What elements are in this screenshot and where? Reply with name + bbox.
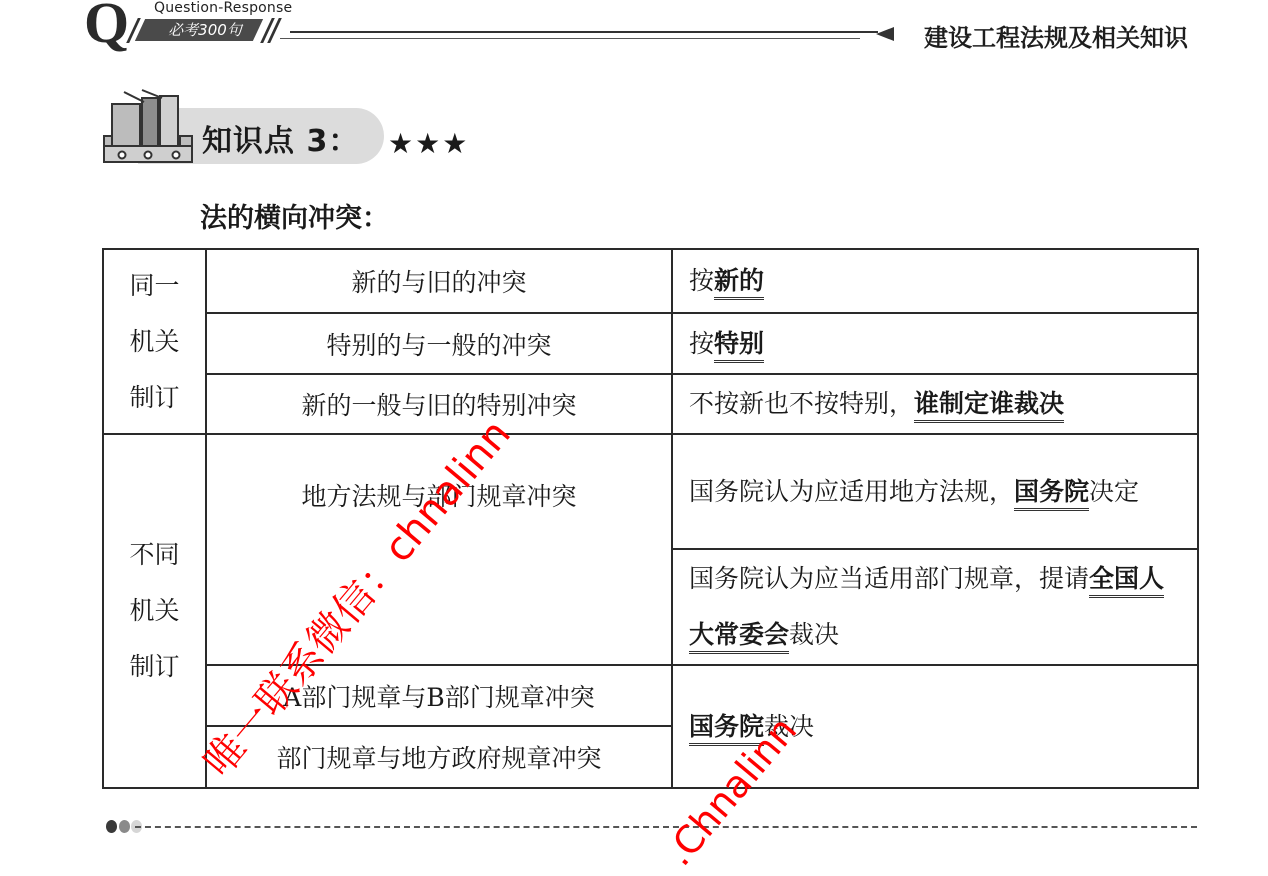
resolution-text: 裁决 — [789, 620, 839, 649]
resolution-emphasis: 国务院 — [689, 712, 764, 746]
importance-stars: ★★★ — [388, 130, 469, 158]
resolution-text: 决定 — [1089, 477, 1139, 506]
header-subtitle-en: Question-Response — [154, 0, 292, 16]
table-row: 特别的与一般的冲突 按特别 — [103, 313, 1198, 374]
arrow-fletching-icon — [876, 27, 894, 41]
conflict-cell: 地方法规与部门规章冲突 — [206, 434, 672, 665]
category-line: 制订 — [104, 639, 205, 695]
header-rule — [280, 38, 860, 39]
resolution-cell: 国务院认为应当适用部门规章，提请全国人大常委会裁决 — [672, 549, 1198, 665]
resolution-emphasis: 谁制定谁裁决 — [914, 389, 1064, 423]
resolution-text: 国务院认为应当适用部门规章，提请 — [689, 564, 1089, 593]
category-cell-same-authority: 同一 机关 制订 — [103, 249, 206, 434]
category-line: 同一 — [104, 258, 205, 314]
logo-q-letter: Q — [84, 0, 129, 52]
category-line: 制订 — [104, 370, 205, 426]
resolution-cell: 不按新也不按特别，谁制定谁裁决 — [672, 374, 1198, 434]
resolution-cell-shared: 国务院裁决 — [672, 665, 1198, 788]
category-line: 机关 — [104, 314, 205, 370]
footer-dot-mid — [119, 820, 130, 833]
resolution-text: 按 — [689, 329, 714, 358]
footer-dashed-rule — [135, 826, 1197, 828]
resolution-text: 裁决 — [764, 712, 814, 741]
resolution-emphasis: 国务院 — [1014, 477, 1089, 511]
resolution-text: 国务院认为应适用地方法规， — [689, 477, 1014, 506]
resolution-cell: 按特别 — [672, 313, 1198, 374]
header-badge-text: 必考300句 — [150, 19, 260, 41]
category-line: 机关 — [104, 583, 205, 639]
book-title: 建设工程法规及相关知识 — [924, 18, 1188, 53]
footer-dot-dark — [106, 820, 117, 833]
table-row: A部门规章与B部门规章冲突 国务院裁决 — [103, 665, 1198, 726]
category-line: 不同 — [104, 527, 205, 583]
horizontal-conflict-table: 同一 机关 制订 新的与旧的冲突 按新的 特别的与一般的冲突 按特别 新的一般与… — [102, 248, 1199, 789]
resolution-emphasis: 新的 — [714, 266, 764, 300]
knowledge-point-title: 知识点 3： — [202, 116, 359, 160]
table-row: 新的一般与旧的特别冲突 不按新也不按特别，谁制定谁裁决 — [103, 374, 1198, 434]
conflict-cell: 新的与旧的冲突 — [206, 249, 672, 313]
conflict-cell: 部门规章与地方政府规章冲突 — [206, 726, 672, 788]
category-cell-different-authority: 不同 机关 制订 — [103, 434, 206, 788]
resolution-text: 按 — [689, 266, 714, 295]
resolution-emphasis: 特别 — [714, 329, 764, 363]
table-row: 不同 机关 制订 地方法规与部门规章冲突 国务院认为应适用地方法规，国务院决定 — [103, 434, 1198, 549]
table-row: 同一 机关 制订 新的与旧的冲突 按新的 — [103, 249, 1198, 313]
conflict-cell: A部门规章与B部门规章冲突 — [206, 665, 672, 726]
conflict-cell: 新的一般与旧的特别冲突 — [206, 374, 672, 434]
section-title: 法的横向冲突： — [200, 196, 389, 235]
header-rule — [290, 31, 878, 33]
resolution-cell: 按新的 — [672, 249, 1198, 313]
conflict-cell: 特别的与一般的冲突 — [206, 313, 672, 374]
books-icon — [100, 86, 200, 168]
resolution-text: 不按新也不按特别， — [689, 389, 914, 418]
resolution-cell: 国务院认为应适用地方法规，国务院决定 — [672, 434, 1198, 549]
